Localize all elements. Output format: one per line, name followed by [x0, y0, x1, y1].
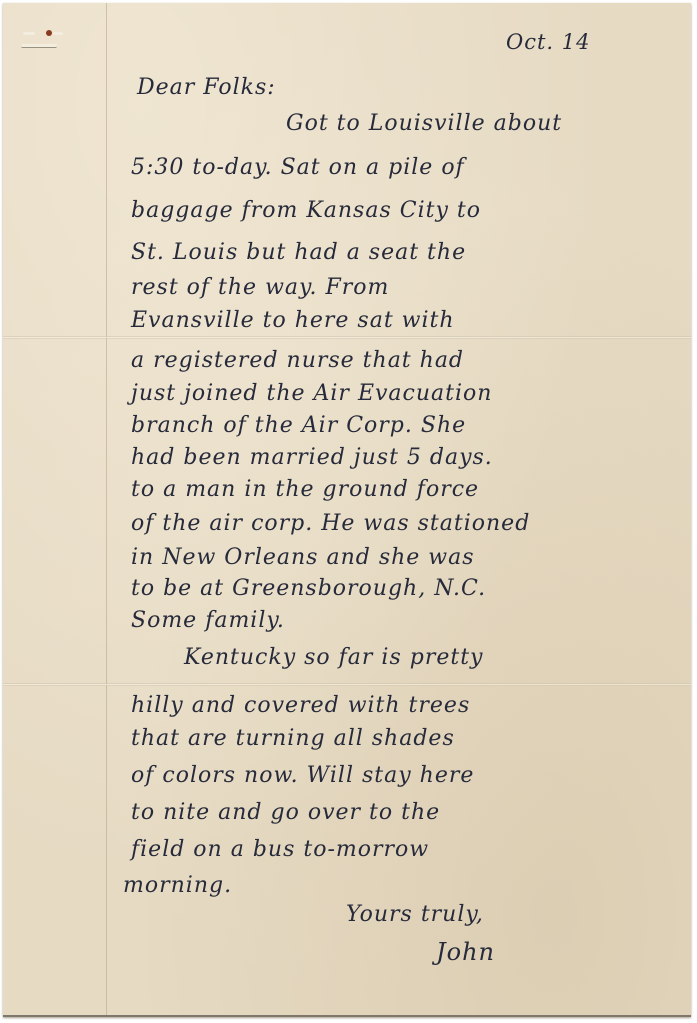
body-line: of the air corp. He was stationed	[131, 511, 530, 536]
body-line: hilly and covered with trees	[131, 693, 470, 718]
body-line: St. Louis but had a seat the	[131, 240, 466, 265]
body-line: in New Orleans and she was	[131, 545, 475, 570]
body-line: Some family.	[131, 608, 285, 633]
staple-mark	[21, 44, 57, 48]
body-line: to be at Greensborough, N.C.	[131, 576, 486, 601]
body-line: of colors now. Will stay here	[131, 763, 474, 788]
body-line: that are turning all shades	[131, 726, 455, 751]
staple-mark	[23, 32, 35, 35]
letter-page: Oct. 14 Dear Folks: Got to Louisville ab…	[3, 3, 691, 1017]
letter-date: Oct. 14	[506, 30, 591, 54]
body-line: morning.	[123, 873, 232, 898]
body-line: had been married just 5 days.	[131, 445, 493, 470]
closing: Yours truly,	[346, 902, 484, 927]
body-line: to a man in the ground force	[131, 477, 479, 502]
body-line: 5:30 to-day. Sat on a pile of	[131, 155, 465, 180]
body-line: Evansville to here sat with	[131, 308, 455, 333]
signature: John	[436, 938, 495, 966]
body-line: to nite and go over to the	[131, 800, 440, 825]
body-line: Got to Louisville about	[286, 111, 562, 136]
body-line: just joined the Air Evacuation	[131, 381, 492, 406]
rust-spot	[46, 30, 52, 36]
fold-crease-upper	[3, 336, 691, 339]
salutation: Dear Folks:	[137, 75, 276, 100]
body-line: Kentucky so far is pretty	[184, 645, 483, 670]
margin-line	[106, 3, 107, 1015]
fold-crease-lower	[3, 683, 691, 686]
body-line: rest of the way. From	[131, 275, 389, 300]
body-line: field on a bus to-morrow	[131, 837, 429, 862]
staple-marks	[23, 29, 65, 51]
staple-mark	[53, 32, 63, 35]
body-line: baggage from Kansas City to	[131, 198, 481, 223]
body-line: branch of the Air Corp. She	[131, 413, 466, 438]
body-line: a registered nurse that had	[131, 348, 464, 373]
